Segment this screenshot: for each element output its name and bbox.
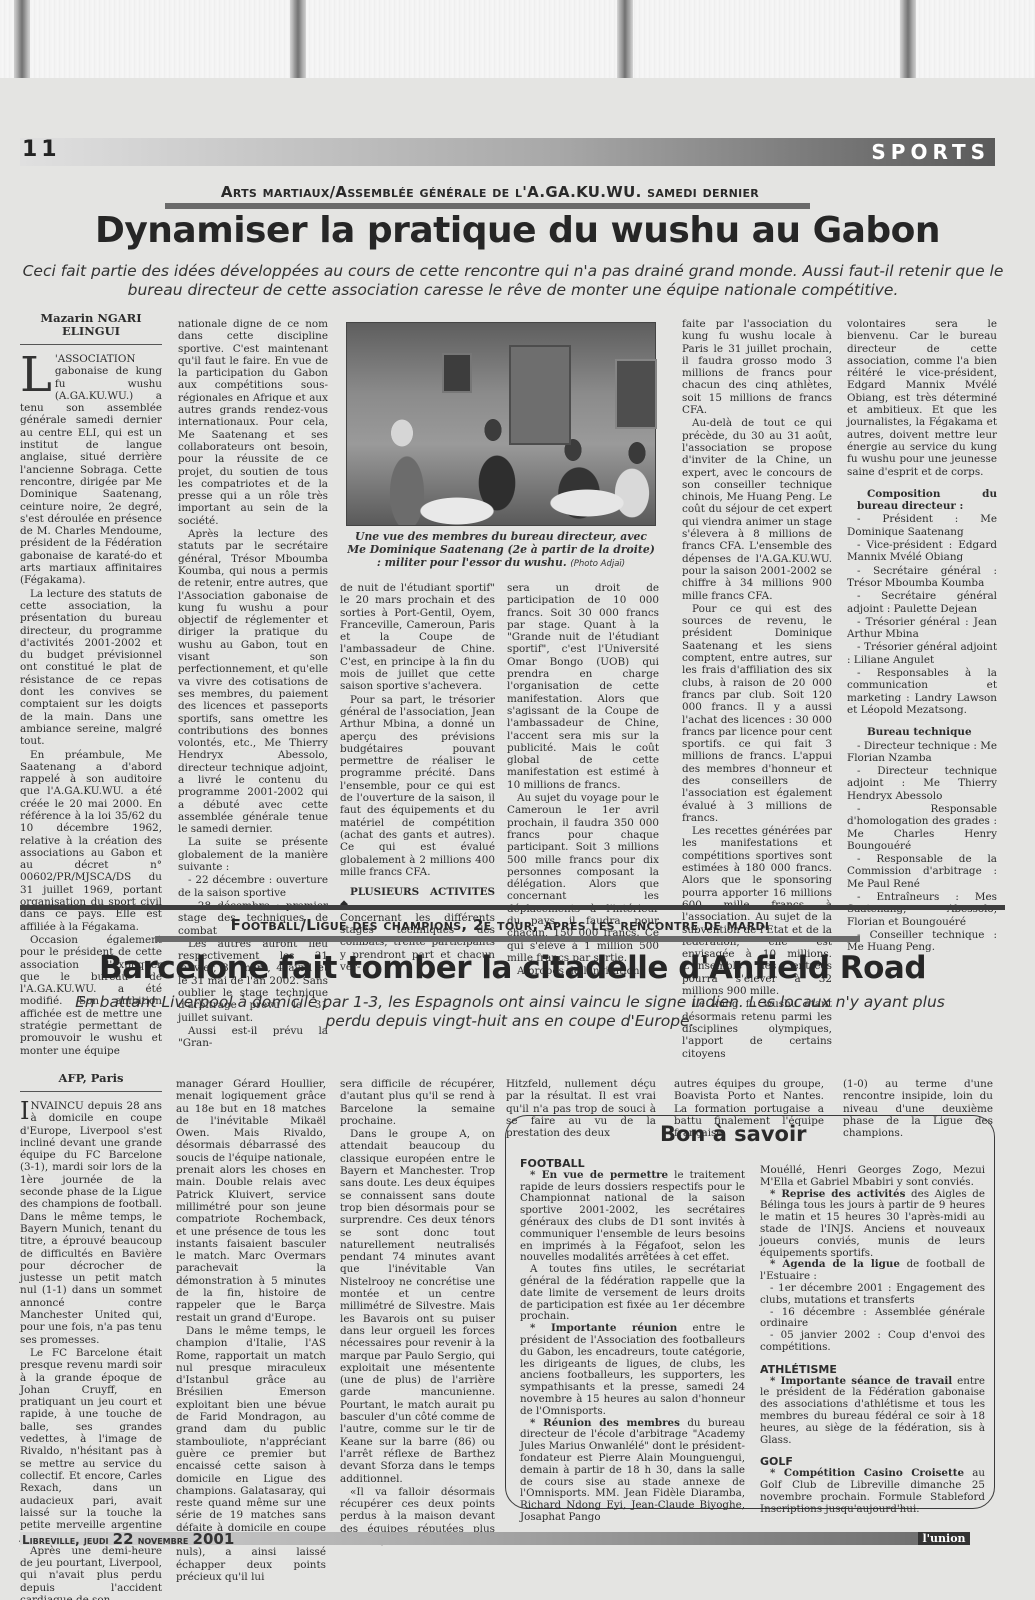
paragraph: sera un droit de participation de 10 000… [507, 582, 659, 791]
paragraph: NVAINCU depuis 28 ans à domicile en coup… [20, 1100, 162, 1346]
bon-a-savoir-right-column: Mouéllé, Henri Georges Zogo, Mezui M'Ell… [760, 1165, 985, 1515]
photo-door [509, 345, 571, 445]
photo-caption: Une vue des membres du bureau directeur,… [346, 530, 656, 571]
paragraph: Après la lecture des statuts par le secr… [178, 528, 328, 835]
footer-month: novembre [138, 1533, 189, 1547]
paragraph: volontaires sera le bienvenu. Car le bur… [847, 318, 997, 478]
list-item: - Secrétaire général : Trésor Mboumba Ko… [847, 565, 997, 590]
notice-text: A toutes fins utiles, le secrétariat gén… [520, 1263, 745, 1322]
article2-headline: Barcelone fait tomber la citadelle d'Anf… [60, 950, 965, 986]
paragraph: Après une demi-heure de jeu pourtant, Li… [20, 1545, 162, 1600]
paragraph: - 22 décembre : ouverture de la saison s… [178, 874, 328, 899]
photo-credit: (Photo Adjaï) [570, 559, 625, 569]
bureau-technique-heading: Bureau technique [857, 726, 997, 738]
list-item: - Responsables à la communication et mar… [847, 667, 997, 716]
scanner-streak [290, 0, 306, 80]
photo-window [615, 359, 657, 429]
notice-item: - 1er décembre 2001 : Engagement des clu… [760, 1283, 985, 1307]
notice-lead: * Reprise des activités [770, 1188, 905, 1200]
paragraph: Pour ce qui est des sources de revenu, l… [682, 603, 832, 824]
notice-text: - 1er décembre 2001 : Engagement des clu… [760, 1282, 985, 1306]
notice-lead: * Agenda de la ligue [770, 1258, 900, 1270]
scanner-background [0, 0, 1035, 80]
article1-headline: Dynamiser la pratique du wushu au Gabon [40, 210, 995, 251]
bon-a-savoir-left-column: FOOTBALL * En vue de permettre le traite… [520, 1152, 745, 1524]
byline: Mazarin NGARI ELINGUI [20, 312, 162, 345]
bon-a-savoir-title: Bon à savoir [660, 1122, 807, 1146]
section-header-bar [20, 138, 995, 166]
article-divider [20, 905, 1005, 910]
dropcap: L [20, 355, 52, 395]
bureau-directeur-list: - Président : Me Dominique Saatenang - V… [847, 513, 997, 716]
list-item: - Responsable de la Commission d'arbitra… [847, 853, 997, 890]
list-item: - Trésorier général adjoint : Liliane An… [847, 641, 997, 666]
paragraph: La lecture des statuts de cette associat… [20, 588, 162, 748]
meeting-photo [346, 322, 656, 526]
notice-text: - 05 janvier 2002 : Coup d'envoi des com… [760, 1329, 985, 1353]
notice-item: * Reprise des activités des Aigles de Bé… [760, 1189, 985, 1260]
scanner-streak [617, 0, 633, 80]
notice-lead: * Compétition Casino Croisette [770, 1467, 964, 1479]
notice-lead: * Réunion des membres [530, 1417, 680, 1429]
list-item: - Responsable d'homologation des grades … [847, 803, 997, 852]
notice-item: * En vue de permettre le traitement rapi… [520, 1170, 745, 1264]
paragraph: Dans le groupe A, on attendait beaucoup … [340, 1128, 495, 1485]
notice-text: - 16 décembre : Assemblée générale ordin… [760, 1306, 985, 1330]
paragraph: nationale digne de ce nom dans cette dis… [178, 318, 328, 527]
byline: AFP, Paris [20, 1072, 162, 1092]
notice-item: * Compétition Casino Croisette au Golf C… [760, 1468, 985, 1515]
dropcap: I [20, 1101, 29, 1121]
paragraph: Le FC Barcelone était presque revenu mar… [20, 1347, 162, 1544]
article1-deck: Ceci fait partie des idées développées a… [8, 262, 1018, 301]
article1-kicker: Arts martiaux/Assemblée générale de l'A.… [160, 183, 820, 201]
footer-dateline: Libreville, jeudi 22 novembre 2001 [22, 1530, 234, 1548]
notice-lead: * En vue de permettre [530, 1169, 668, 1181]
notice-item: * Agenda de la ligue de football de l'Es… [760, 1259, 985, 1283]
notice-text: entre le président de l'Association des … [520, 1322, 745, 1417]
section-label: SPORTS [871, 140, 990, 164]
kicker-rule [155, 936, 860, 942]
article1-column-6: volontaires sera le bienvenu. Car le bur… [847, 318, 997, 955]
list-item: - Vice-président : Edgard Mannix Mvélé O… [847, 539, 997, 564]
article2-deck: En battant Liverpool à domicile par 1-3,… [50, 993, 970, 1032]
list-item: - Secrétaire général adjoint : Paulette … [847, 590, 997, 615]
list-item: - Trésorier général : Jean Arthur Mbina [847, 616, 997, 641]
notice-lead: * Importante séance de travail [770, 1375, 952, 1387]
notice-item: - 05 janvier 2002 : Coup d'envoi des com… [760, 1330, 985, 1354]
scanner-streak [900, 0, 916, 80]
footer-place: Libreville, jeudi [22, 1533, 108, 1547]
paragraph: sera difficile de récupérer, d'autant pl… [340, 1078, 495, 1127]
paragraph: La suite se présente globalement de la m… [178, 836, 328, 873]
paragraph: de nuit de l'étudiant sportif" le 20 mar… [340, 582, 495, 693]
bureau-directeur-heading: Composition du bureau directeur : [857, 488, 997, 513]
notice-text: du bureau directeur de l'école d'arbitra… [520, 1417, 745, 1523]
notice-text: le traitement rapide de leurs dossiers r… [520, 1169, 745, 1264]
notice-item: - 16 décembre : Assemblée générale ordin… [760, 1307, 985, 1331]
footer-day: 22 [113, 1530, 134, 1548]
newspaper-brand: l'union [918, 1532, 970, 1545]
scanner-streak [14, 0, 30, 80]
list-item: - Président : Me Dominique Saatenang [847, 513, 997, 538]
article1-column-1: Mazarin NGARI ELINGUI L'ASSOCIATION gabo… [20, 312, 162, 1058]
footer-year: 2001 [193, 1530, 235, 1548]
notice-item: A toutes fins utiles, le secrétariat gén… [520, 1264, 745, 1323]
paragraph: faite par l'association du kung fu wushu… [682, 318, 832, 416]
photo-window [442, 353, 472, 393]
page-number: 11 [22, 137, 61, 162]
notice-item: * Réunion des membres du bureau directeu… [520, 1418, 745, 1524]
notice-item: Mouéllé, Henri Georges Zogo, Mezui M'Ell… [760, 1165, 985, 1189]
bureau-technique-list: - Directeur technique : Me Florian Nzamb… [847, 740, 997, 954]
list-item: - Directeur technique adjoint : Me Thier… [847, 765, 997, 802]
list-item: - Directeur technique : Me Florian Nzamb… [847, 740, 997, 765]
kicker-rule [165, 203, 810, 209]
notice-text: Mouéllé, Henri Georges Zogo, Mezui M'Ell… [760, 1164, 985, 1188]
article2-kicker: Football/Ligue des champions, 2e tour, a… [155, 916, 845, 934]
paragraph: manager Gérard Houllier, menait logiquem… [176, 1078, 326, 1324]
article2-column-2: manager Gérard Houllier, menait logiquem… [176, 1078, 326, 1584]
paragraph: Au-delà de tout ce qui précède, du 30 au… [682, 417, 832, 601]
paragraph: Pour sa part, le trésorier général de l'… [340, 694, 495, 878]
article2-column-3: sera difficile de récupérer, d'autant pl… [340, 1078, 495, 1548]
notice-item: * Importante réunion entre le président … [520, 1323, 745, 1417]
article2-column-1: AFP, Paris INVAINCU depuis 28 ans à domi… [20, 1072, 162, 1600]
notice-lead: * Importante réunion [530, 1322, 677, 1334]
notice-item: * Importante séance de travail entre le … [760, 1376, 985, 1447]
